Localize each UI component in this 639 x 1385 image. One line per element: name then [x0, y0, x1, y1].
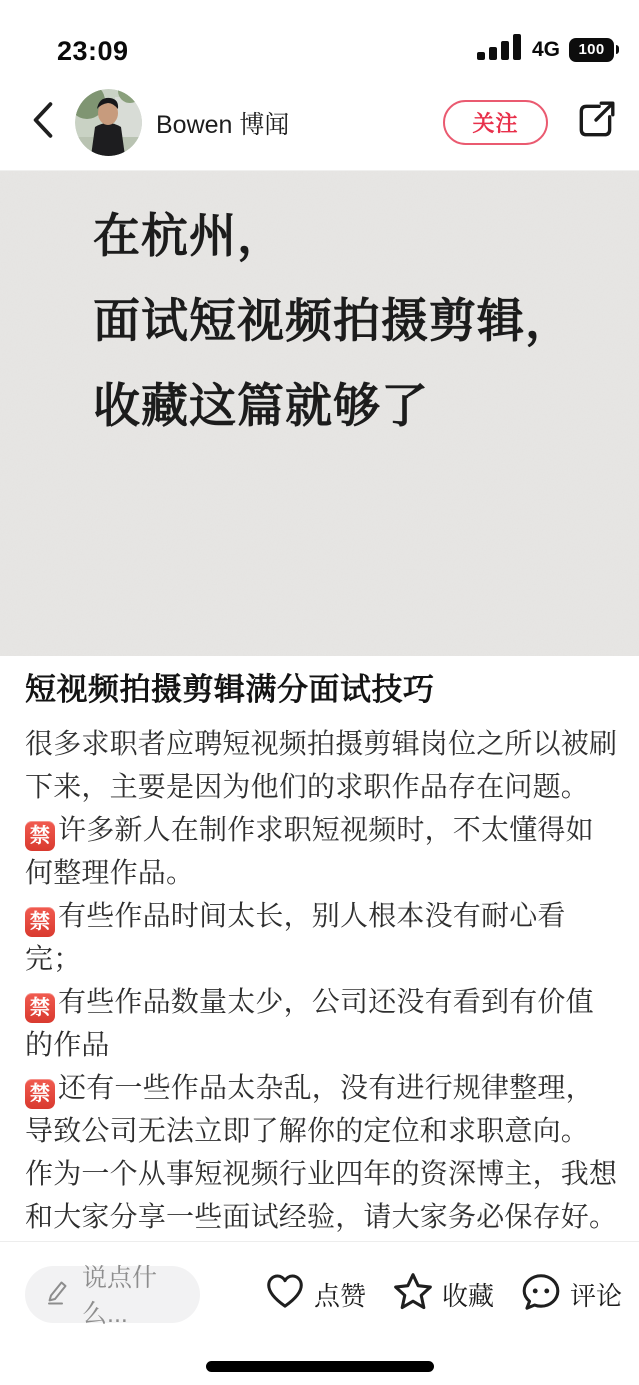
like-label: 点赞 [314, 1276, 366, 1313]
article-body: 短视频拍摄剪辑满分面试技巧 很多求职者应聘短视频拍摄剪辑岗位之所以被刷下来，主要… [0, 656, 639, 1241]
cover-line-2: 面试短视频拍摄剪辑， [93, 280, 639, 365]
paragraph: 很多求职者应聘短视频拍摄剪辑岗位之所以被刷下来，主要是因为他们的求职作品存在问题… [25, 722, 619, 808]
prohibited-icon: 禁 [25, 993, 55, 1023]
pencil-icon [44, 1278, 72, 1311]
prohibited-icon: 禁 [25, 821, 55, 851]
comment-label: 评论 [570, 1276, 622, 1313]
cover-line-1: 在杭州， [93, 195, 639, 280]
heart-icon [264, 1271, 306, 1318]
paragraph: 禁还有一些作品太杂乱，没有进行规律整理，导致公司无法立即了解你的定位和求职意向。 [25, 1066, 619, 1152]
cover-line-3: 收藏这篇就够了 [93, 365, 639, 450]
collect-label: 收藏 [442, 1276, 494, 1313]
like-button[interactable]: 点赞 [264, 1271, 366, 1318]
comment-input[interactable]: 说点什么... [25, 1266, 200, 1323]
chevron-left-icon [30, 101, 56, 144]
cover-text: 在杭州， 面试短视频拍摄剪辑， 收藏这篇就够了 [0, 171, 639, 450]
collect-button[interactable]: 收藏 [392, 1271, 494, 1318]
post-page: 23:09 4G 100 [0, 0, 639, 1385]
back-button[interactable] [28, 103, 58, 143]
share-icon [575, 99, 617, 146]
home-indicator[interactable] [206, 1361, 434, 1372]
paragraph: 禁有些作品时间太长，别人根本没有耐心看完； [25, 894, 619, 980]
bottom-bar: 说点什么... 点赞 收藏 [0, 1241, 639, 1385]
prohibited-icon: 禁 [25, 907, 55, 937]
battery-nub [616, 45, 619, 54]
paragraph: 禁有些作品数量太少，公司还没有看到有价值的作品 [25, 980, 619, 1066]
star-icon [392, 1271, 434, 1318]
clock: 23:09 [57, 36, 129, 67]
paragraph: 作为一个从事短视频行业四年的资深博主，我想和大家分享一些面试经验，请大家务必保存… [25, 1152, 619, 1238]
signal-icon [477, 32, 523, 67]
user-name[interactable]: Bowen 博闻 [156, 105, 289, 141]
status-bar: 23:09 4G 100 [0, 0, 639, 75]
comment-bubble-icon [520, 1271, 562, 1318]
nav-bar: Bowen 博闻 关注 [0, 75, 639, 171]
comment-placeholder: 说点什么... [82, 1258, 200, 1330]
avatar[interactable] [75, 89, 142, 156]
cover-image[interactable]: 在杭州， 面试短视频拍摄剪辑， 收藏这篇就够了 [0, 171, 639, 656]
article-title: 短视频拍摄剪辑满分面试技巧 [25, 671, 619, 709]
comment-button[interactable]: 评论 [520, 1271, 622, 1318]
share-button[interactable] [575, 102, 617, 144]
prohibited-icon: 禁 [25, 1079, 55, 1109]
network-type: 4G [532, 38, 560, 62]
battery-percent: 100 [569, 38, 614, 62]
battery-icon: 100 [569, 38, 619, 62]
paragraph: 禁许多新人在制作求职短视频时，不太懂得如何整理作品。 [25, 808, 619, 894]
follow-button[interactable]: 关注 [443, 100, 548, 145]
